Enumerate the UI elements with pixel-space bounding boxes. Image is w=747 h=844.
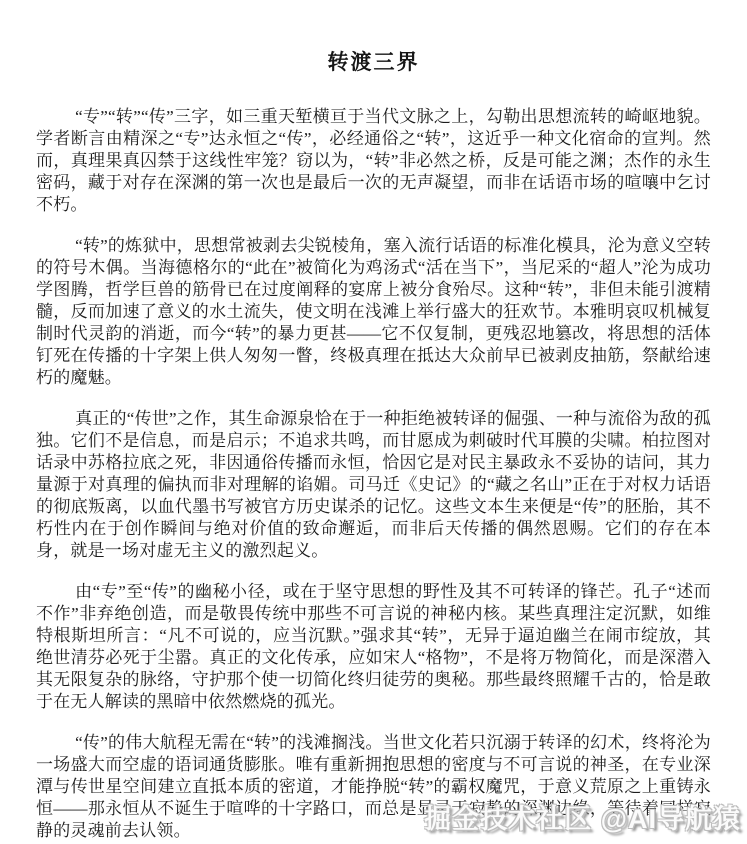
paragraph-3: 真正的“传世”之作，其生命源泉恰在于一种拒绝被转译的倔强、一种与流俗为敌的孤独。… [36,408,711,562]
document-page: 转渡三界 “专”“转”“传”三字，如三重天堑横亘于当代文脉之上，勾勒出思想流转的… [0,0,747,844]
paragraph-2: “转”的炼狱中，思想常被剥去尖锐棱角，塞入流行话语的标准化模具，沦为意义空转的符… [36,235,711,389]
page-title: 转渡三界 [36,46,711,76]
watermark-text: 掘金技术社区 @AI导航猿 [424,797,741,836]
paragraph-1: “专”“转”“传”三字，如三重天堑横亘于当代文脉之上，勾勒出思想流转的崎岖地貌。… [36,106,711,216]
article-body: “专”“转”“传”三字，如三重天堑横亘于当代文脉之上，勾勒出思想流转的崎岖地貌。… [36,106,711,842]
paragraph-4: 由“专”至“传”的幽秘小径，或在于坚守思想的野性及其不可转译的锋芒。孔子“述而不… [36,581,711,713]
